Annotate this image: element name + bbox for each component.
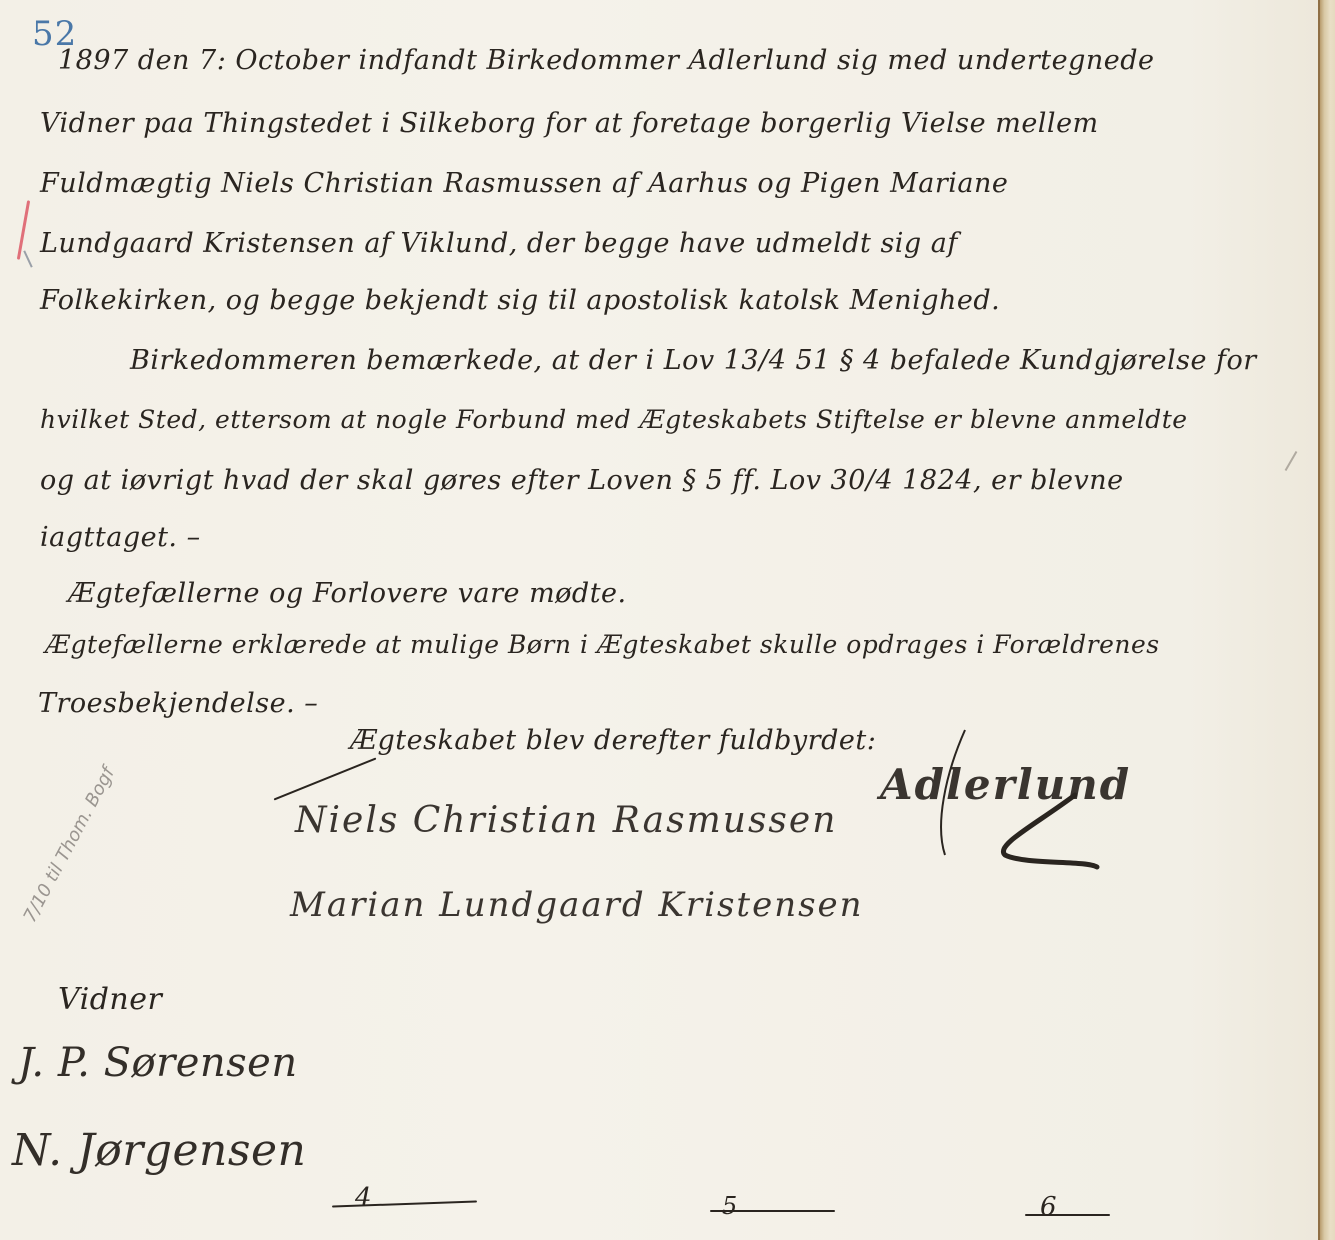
page-edge-binding <box>1318 0 1335 1240</box>
footer-mark-3: 6 <box>1040 1192 1057 1222</box>
record-line-5: Folkekirken, og begge bekjendt sig til a… <box>40 285 1000 316</box>
record-line-6: Birkedommeren bemærkede, at der i Lov 13… <box>130 345 1257 376</box>
official-signature-flourish <box>875 715 1115 875</box>
footer-mark-2: 5 <box>722 1192 738 1220</box>
record-line-8: og at iøvrigt hvad der skal gøres efter … <box>40 465 1124 496</box>
footer-mark-stroke-3 <box>1025 1214 1110 1216</box>
witness-name-1: J. P. Sørensen <box>18 1040 298 1086</box>
record-line-10: Ægtefællerne og Forlovere vare mødte. <box>68 578 627 609</box>
witnesses-label: Vidner <box>58 982 162 1017</box>
record-line-7: hvilket Sted, ettersom at nogle Forbund … <box>40 405 1188 434</box>
record-line-12: Troesbekjendelse. – <box>38 688 318 719</box>
witness-name-2: N. Jørgensen <box>12 1125 306 1176</box>
record-line-2: Vidner paa Thingstedet i Silkeborg for a… <box>40 108 1099 139</box>
record-line-9: iagttaget. – <box>40 522 201 553</box>
record-line-1: 1897 den 7: October indfandt Birkedommer… <box>58 45 1155 76</box>
bride-signature: Marian Lundgaard Kristensen <box>290 885 864 925</box>
record-line-3: Fuldmægtig Niels Christian Rasmussen af … <box>40 168 1008 199</box>
record-line-4: Lundgaard Kristensen af Viklund, der beg… <box>40 228 958 259</box>
record-line-13: Ægteskabet blev derefter fuldbyrdet: <box>350 725 876 756</box>
footer-mark-1: 4 <box>355 1183 372 1213</box>
groom-signature: Niels Christian Rasmussen <box>295 800 837 841</box>
record-line-11: Ægtefællerne erklærede at mulige Børn i … <box>45 630 1160 659</box>
